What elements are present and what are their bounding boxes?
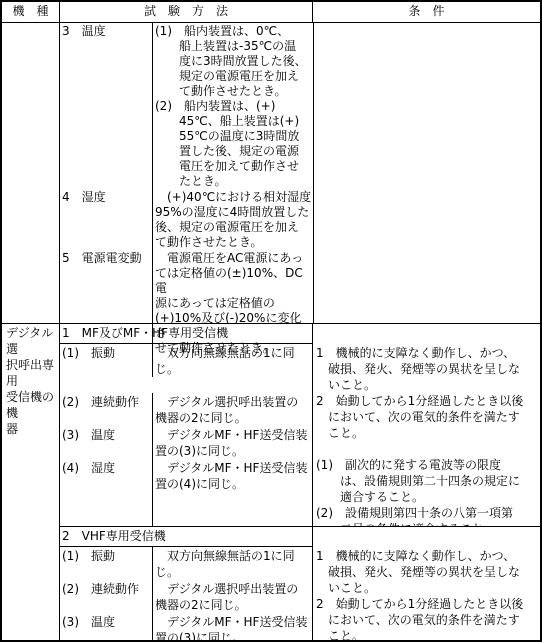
section-heading: 1 MF及びMF・HF専用受信機 — [60, 324, 312, 344]
test-item-vibration: (1) 振動 双方向無線無話の1に同 じ。 — [60, 344, 312, 377]
test-method-text: (1) 船内装置は、0℃、 船上装置は-35℃の温 度に3時間放置した後、 規定… — [152, 23, 313, 189]
conditions-text: 1 機械的に支障なく動作し、かつ、 破損、発火、発煙等の異状を呈しな いこと。 … — [313, 324, 540, 526]
table-row-continuation: 3 温度 (1) 船内装置は、0℃、 船上装置は-35℃の温 度に3時間放置した… — [2, 23, 540, 324]
test-method-text: デジタルMF・HF送受信装 置の(3)に同じ。 — [152, 613, 312, 642]
test-method-text: (+)40℃における相対湿度 95%の湿度に4時間放置した 後、規定の電源電圧を… — [152, 189, 313, 250]
machine-type-cell-empty — [2, 23, 60, 323]
test-items-column: 3 温度 (1) 船内装置は、0℃、 船上装置は-35℃の温 度に3時間放置した… — [60, 23, 313, 323]
test-item-continuous-operation: (2) 連続動作 デジタル選択呼出装置の 機器の2に同じ。 — [60, 393, 312, 426]
test-method-text: デジタル選択呼出装置の 機器の2に同じ。 — [152, 393, 312, 426]
header-machine-type: 機 種 — [2, 2, 60, 22]
test-item-vibration: (1) 振動 双方向無線無話の1に同 じ。 — [60, 547, 312, 580]
test-item-label: (3) 温度 — [60, 613, 152, 642]
test-item-continuous-operation: (2) 連続動作 デジタル選択呼出装置の 機器の2に同じ。 — [60, 580, 312, 613]
test-item-label: (2) 連続動作 — [60, 580, 152, 613]
test-item-label: (1) 振動 — [60, 344, 152, 377]
test-item-label: (2) 連続動作 — [60, 393, 152, 426]
section-vhf-receiver: 2 VHF専用受信機 (1) 振動 双方向無線無話の1に同 じ。 (2) 連続動… — [60, 527, 540, 642]
header-conditions: 条 件 — [313, 2, 540, 22]
test-method-text: デジタルMF・HF送受信装 置の(4)に同じ。 — [152, 459, 312, 492]
test-method-text: 双方向無線無話の1に同 じ。 — [152, 547, 312, 580]
test-item-temperature: (3) 温度 デジタルMF・HF送受信装 置の(3)に同じ。 — [60, 613, 312, 642]
section-method-column: 1 MF及びMF・HF専用受信機 (1) 振動 双方向無線無話の1に同 じ。 (… — [60, 324, 313, 526]
test-item-label: 3 温度 — [60, 23, 152, 189]
header-test-method: 試 験 方 法 — [60, 2, 313, 22]
table-row-digital-receiver: デジタル選 択呼出専用 受信機の機 器 1 MF及びMF・HF専用受信機 (1)… — [2, 324, 540, 642]
conditions-cell-empty — [313, 23, 540, 323]
test-method-text: デジタル選択呼出装置の 機器の2に同じ。 — [152, 580, 312, 613]
test-method-text: デジタルMF・HF送受信装 置の(3)に同じ。 — [152, 426, 312, 459]
machine-type-cell: デジタル選 択呼出専用 受信機の機 器 — [2, 324, 60, 642]
test-item-label: (1) 振動 — [60, 547, 152, 580]
section-heading: 2 VHF専用受信機 — [60, 527, 312, 547]
test-item-label: 4 湿度 — [60, 189, 152, 250]
test-item-humidity: 4 湿度 (+)40℃における相対湿度 95%の湿度に4時間放置した 後、規定の… — [60, 189, 313, 250]
section-mf-hf-receiver: 1 MF及びMF・HF専用受信機 (1) 振動 双方向無線無話の1に同 じ。 (… — [60, 324, 540, 527]
test-item-label: (3) 温度 — [60, 426, 152, 459]
test-item-label: (4) 湿度 — [60, 459, 152, 492]
table-header-row: 機 種 試 験 方 法 条 件 — [2, 2, 540, 23]
digital-receiver-body: 1 MF及びMF・HF専用受信機 (1) 振動 双方向無線無話の1に同 じ。 (… — [60, 324, 540, 642]
test-method-text: 双方向無線無話の1に同 じ。 — [152, 344, 312, 377]
regulation-table: 機 種 試 験 方 法 条 件 3 温度 (1) 船内装置は、0℃、 船上装置は… — [0, 0, 542, 642]
section-method-column: 2 VHF専用受信機 (1) 振動 双方向無線無話の1に同 じ。 (2) 連続動… — [60, 527, 313, 642]
test-item-humidity: (4) 湿度 デジタルMF・HF送受信装 置の(4)に同じ。 — [60, 459, 312, 492]
test-item-temperature: 3 温度 (1) 船内装置は、0℃、 船上装置は-35℃の温 度に3時間放置した… — [60, 23, 313, 189]
conditions-text: 1 機械的に支障なく動作し、かつ、 破損、発火、発煙等の異状を呈しな いこと。 … — [313, 527, 540, 642]
divider-filler — [60, 492, 312, 526]
test-item-temperature: (3) 温度 デジタルMF・HF送受信装 置の(3)に同じ。 — [60, 426, 312, 459]
